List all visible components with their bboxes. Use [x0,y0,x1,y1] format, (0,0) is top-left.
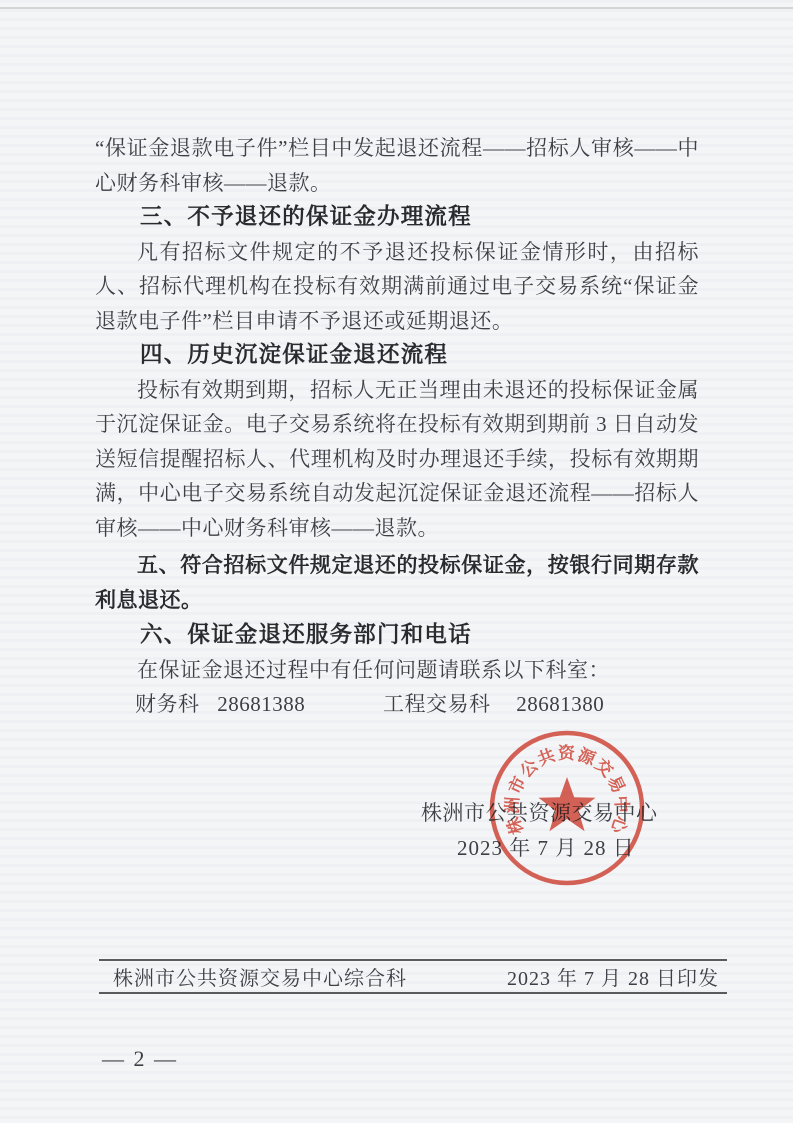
contact-phone-finance: 28681388 [217,692,305,716]
section-heading-6: 六、保证金退还服务部门和电话 [95,618,699,653]
official-seal: 株洲市公共资源交易中心 [486,727,648,889]
paragraph-contact-intro: 在保证金退还过程中有任何问题请联系以下科室： [95,653,699,688]
paragraph-refund-flow: “保证金退款电子件”栏目中发起退还流程——招标人审核——中心财务科审核——退款。 [95,131,699,200]
colophon-issuer: 株洲市公共资源交易中心综合科 [113,962,407,991]
section-heading-4: 四、历史沉淀保证金退还流程 [95,338,699,373]
contact-phone-engineering: 28681380 [516,692,604,716]
paragraph-section-3: 凡有招标文件规定的不予退还投标保证金情形时，由招标人、招标代理机构在投标有效期满… [95,235,699,339]
contact-dept-engineering: 工程交易科 [383,692,491,716]
document-body: “保证金退款电子件”栏目中发起退还流程——招标人审核——中心财务科审核——退款。… [95,131,699,722]
section-heading-3: 三、不予退还的保证金办理流程 [95,200,699,235]
star-icon [539,777,596,831]
section-heading-5: 五、符合招标文件规定退还的投标保证金，按银行同期存款利息退还。 [95,549,699,618]
paragraph-section-4: 投标有效期到期，招标人无正当理由未退还的投标保证金属于沉淀保证金。电子交易系统将… [95,373,699,546]
page-number: — 2 — [102,1046,178,1072]
colophon-bar: 株洲市公共资源交易中心综合科 2023 年 7 月 28 日印发 [99,959,727,994]
document-page: “保证金退款电子件”栏目中发起退还流程——招标人审核——中心财务科审核——退款。… [0,0,793,1123]
colophon-print-date: 2023 年 7 月 28 日印发 [507,962,719,991]
contact-row: 财务科 28681388 工程交易科 28681380 [95,687,699,722]
contact-dept-finance: 财务科 [135,692,200,716]
scan-edge-line [0,7,793,9]
